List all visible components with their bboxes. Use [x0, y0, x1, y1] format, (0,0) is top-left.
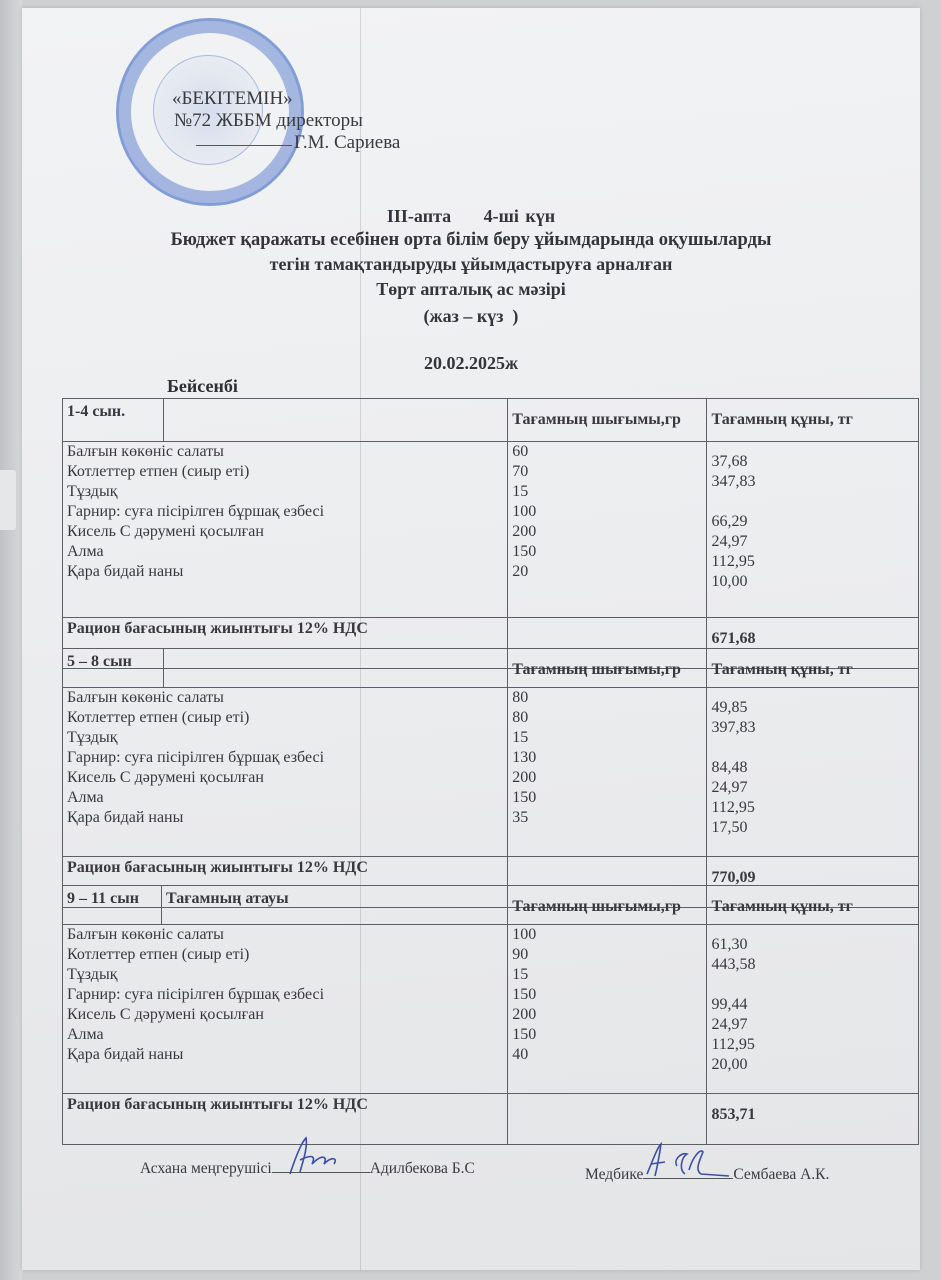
menu-table-grades-5-8: 5 – 8 сын Тағамның шығымы,гр Тағамның құ… [62, 648, 919, 908]
dish-yield: 200 [512, 768, 702, 788]
background-surface [0, 0, 22, 1280]
dish-names: Балғын көкөніс салатыКотлеттер етпен (си… [63, 442, 508, 618]
dish-name: Алма [67, 542, 503, 562]
approval-title: «БЕКІТЕМІН» [172, 88, 400, 110]
dish-yields: 60701510020015020 [508, 442, 707, 618]
menu-table-grades-9-11: 9 – 11 сын Тағамның атауы Тағамның шығым… [62, 885, 919, 1145]
dish-yield: 150 [512, 985, 702, 1005]
dish-yield: 40 [512, 1045, 702, 1065]
yield-header: Тағамның шығымы,гр [508, 886, 707, 925]
dish-price: 84,48 [711, 758, 914, 778]
dish-yield: 80 [512, 708, 702, 728]
season-label: (жаз – күз ) [22, 306, 920, 327]
dish-yield: 200 [512, 1005, 702, 1025]
dish-name: Тұздық [67, 965, 503, 985]
dish-yields: 100901515020015040 [508, 925, 707, 1094]
dish-name: Балғын көкөніс салаты [67, 688, 503, 708]
table-row: Балғын көкөніс салатыКотлеттер етпен (си… [63, 442, 919, 618]
dish-name: Котлеттер етпен (сиыр еті) [67, 945, 503, 965]
document-title-line3: Төрт апталық ас мәзірі [22, 279, 920, 300]
dish-name: Гарнир: суға пісірілген бұршақ езбесі [67, 502, 503, 522]
dish-names: Балғын көкөніс салатыКотлеттер етпен (си… [63, 688, 508, 857]
dish-price: 443,58 [711, 955, 914, 975]
dish-yield: 90 [512, 945, 702, 965]
dish-price: 24,97 [711, 532, 914, 552]
total-spacer [508, 1094, 707, 1145]
dish-name: Балғын көкөніс салаты [67, 442, 503, 462]
table-row: Балғын көкөніс салатыКотлеттер етпен (си… [63, 925, 919, 1094]
grade-label: 1-4 сын. [63, 399, 164, 442]
dish-name: Гарнир: суға пісірілген бұршақ езбесі [67, 748, 503, 768]
nurse-label: Медбике [585, 1166, 643, 1183]
dish-price: 66,29 [711, 512, 914, 532]
price-header: Тағамның құны, тг [707, 886, 919, 925]
menu-document: «БЕКІТЕМІН» №72 ЖББМ директоры Г.М. Сари… [22, 8, 920, 1270]
dish-price: 112,95 [711, 552, 914, 572]
cook-signature: Асхана меңгерушісі Адилбекова Б.С [140, 1158, 475, 1178]
price-header: Тағамның құны, тг [707, 649, 919, 688]
dish-name: Кисель С дәрумені қосылған [67, 522, 503, 542]
dish-price: 112,95 [711, 798, 914, 818]
dish-yield: 150 [512, 788, 702, 808]
approval-signatory: Г.М. Сариева [196, 132, 400, 154]
dish-name: Кисель С дәрумені қосылған [67, 1005, 503, 1025]
week-day-label: ІІІ-апта 4-ші күн [22, 206, 920, 227]
dish-yield: 20 [512, 562, 702, 582]
dish-price: 10,00 [711, 572, 914, 592]
yield-header: Тағамның шығымы,гр [508, 649, 707, 688]
dish-yield: 200 [512, 522, 702, 542]
handwritten-signature-icon [282, 1136, 352, 1176]
dish-yield: 80 [512, 688, 702, 708]
dish-name-header [163, 649, 508, 688]
dish-names: Балғын көкөніс салатыКотлеттер етпен (си… [63, 925, 508, 1094]
handwritten-signature-icon [643, 1140, 733, 1180]
grade-label: 5 – 8 сын [63, 649, 164, 688]
dish-name: Гарнир: суға пісірілген бұршақ езбесі [67, 985, 503, 1005]
document-title-line2: тегін тамақтандыруды ұйымдастыруға арнал… [22, 254, 920, 275]
dish-price: 49,85 [711, 698, 914, 718]
total-row: Рацион бағасының жиынтығы 12% НДС 853,71 [63, 1094, 919, 1145]
total-amount: 853,71 [707, 1094, 919, 1145]
dish-price: 347,83 [711, 472, 914, 492]
dish-price [711, 492, 914, 512]
dish-name: Алма [67, 788, 503, 808]
dish-yield: 100 [512, 925, 702, 945]
dish-price: 397,83 [711, 718, 914, 738]
signature-line [196, 145, 292, 146]
dish-name: Балғын көкөніс салаты [67, 925, 503, 945]
dish-yield: 35 [512, 808, 702, 828]
cook-name: Адилбекова Б.С [370, 1160, 475, 1177]
dish-yield: 70 [512, 462, 702, 482]
dish-price: 99,44 [711, 995, 914, 1015]
price-header: Тағамның құны, тг [707, 399, 919, 442]
signature-line [272, 1158, 370, 1173]
dish-yield: 150 [512, 1025, 702, 1045]
dish-price: 37,68 [711, 452, 914, 472]
dish-name-header: Тағамның атауы [161, 886, 507, 925]
cook-label: Асхана меңгерушісі [140, 1160, 272, 1177]
dish-name: Котлеттер етпен (сиыр еті) [67, 462, 503, 482]
dish-yields: 80801513020015035 [508, 688, 707, 857]
dish-yield: 15 [512, 482, 702, 502]
dish-name: Тұздық [67, 728, 503, 748]
dish-yield: 15 [512, 728, 702, 748]
dish-price: 24,97 [711, 778, 914, 798]
document-title-line1: Бюджет қаражаты есебінен орта білім беру… [22, 230, 920, 251]
menu-table-grades-1-4: 1-4 сын. Тағамның шығымы,гр Тағамның құн… [62, 398, 919, 669]
dish-yield: 100 [512, 502, 702, 522]
dish-name: Қара бидай наны [67, 1045, 503, 1065]
yield-header: Тағамның шығымы,гр [508, 399, 707, 442]
dish-name: Тұздық [67, 482, 503, 502]
dish-name: Котлеттер етпен (сиыр еті) [67, 708, 503, 728]
dish-prices: 37,68347,8366,2924,97112,9510,00 [707, 442, 919, 618]
menu-date: 20.02.2025ж [22, 353, 920, 374]
signature-line [643, 1164, 733, 1179]
dish-yield: 150 [512, 542, 702, 562]
nurse-name: Сембаева А.К. [733, 1166, 829, 1183]
nurse-signature: Медбике Сембаева А.К. [585, 1164, 829, 1184]
dish-price [711, 738, 914, 758]
dish-prices: 61,30443,5899,4424,97112,9520,00 [707, 925, 919, 1094]
dish-name-header [164, 399, 508, 442]
dish-yield: 60 [512, 442, 702, 462]
dish-price: 61,30 [711, 935, 914, 955]
dish-price: 17,50 [711, 818, 914, 838]
approval-position: №72 ЖББМ директоры [174, 110, 400, 132]
grade-label: 9 – 11 сын [63, 886, 162, 925]
dish-price [711, 975, 914, 995]
dish-price: 112,95 [711, 1035, 914, 1055]
dish-price: 24,97 [711, 1015, 914, 1035]
dish-name: Кисель С дәрумені қосылған [67, 768, 503, 788]
dish-yield: 15 [512, 965, 702, 985]
director-name: Г.М. Сариева [294, 132, 400, 153]
dish-price: 20,00 [711, 1055, 914, 1075]
dish-name: Қара бидай наны [67, 808, 503, 828]
table-row: Балғын көкөніс салатыКотлеттер етпен (си… [63, 688, 919, 857]
dish-yield: 130 [512, 748, 702, 768]
paper-edge [0, 470, 16, 530]
approval-block: «БЕКІТЕМІН» №72 ЖББМ директоры Г.М. Сари… [172, 88, 400, 154]
dish-prices: 49,85397,8384,4824,97112,9517,50 [707, 688, 919, 857]
dish-name: Алма [67, 1025, 503, 1045]
day-of-week: Бейсенбі [167, 376, 238, 397]
dish-name: Қара бидай наны [67, 562, 503, 582]
